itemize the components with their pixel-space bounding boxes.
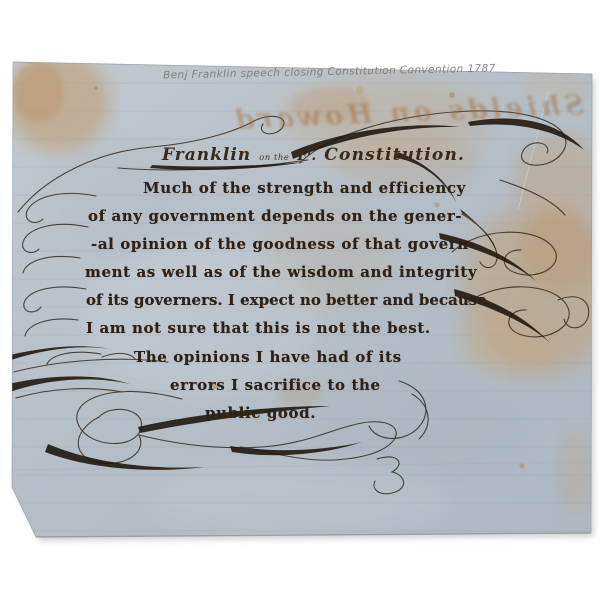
calligraphy-title: Franklin on the Fˡ. Constitution. <box>162 145 465 165</box>
title-subject: Constitution. <box>324 145 465 165</box>
photo-of-manuscript: Benj Franklin speech closing Constitutio… <box>0 0 600 600</box>
manuscript-line-8: errors I sacrifice to the <box>170 376 381 394</box>
title-connector: on the <box>259 153 289 163</box>
manuscript-line-5: of its governers. I expect no better and… <box>86 291 487 309</box>
manuscript-line-6: I am not sure that this is not the best. <box>86 319 431 337</box>
manuscript-line-9: public good. <box>205 404 316 422</box>
manuscript-line-7: The opinions I have had of its <box>134 348 402 366</box>
manuscript-line-3: -al opinion of the goodness of that gove… <box>91 235 476 253</box>
manuscript-line-1: Much of the strength and efficiency <box>143 179 466 197</box>
manuscript-line-2: of any government depends on the gener- <box>88 207 462 225</box>
title-author: Franklin <box>162 145 251 165</box>
title-abbreviation: Fˡ. <box>297 148 316 164</box>
manuscript-line-4: ment as well as of the wisdom and integr… <box>85 263 477 281</box>
